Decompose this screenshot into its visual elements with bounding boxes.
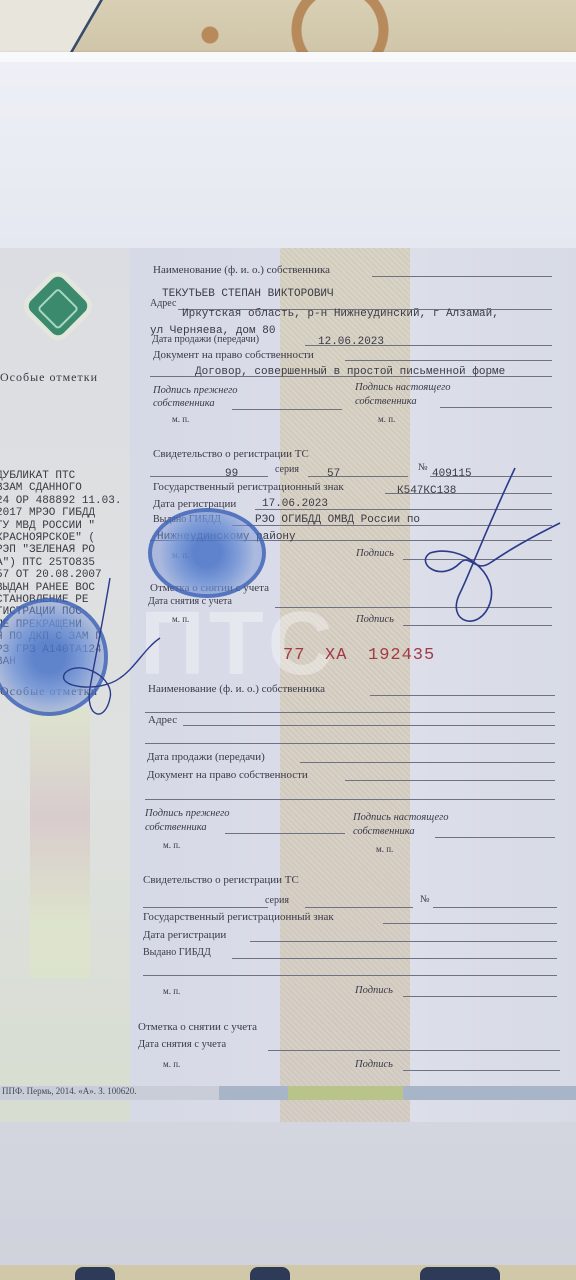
label-owner-name-2: Наименование (ф. и. о.) собственника (148, 683, 325, 695)
label-issued-by-2: Выдано ГИБДД (143, 947, 211, 958)
label-series-2: серия (265, 895, 289, 906)
label-cur-sig-1b: собственника (355, 396, 417, 407)
label-sale-date-1: Дата продажи (передачи) (152, 334, 259, 345)
label-dereg-date-2: Дата снятия с учета (138, 1039, 226, 1050)
protective-sheet-top (0, 52, 576, 252)
special-note-line: 2017 МРЭО ГИБДД (0, 507, 95, 519)
blank-series-letters: ХА (325, 646, 347, 665)
mp-2d: м. п. (163, 1059, 180, 1069)
label-series-1: серия (275, 464, 299, 475)
mp-2a: м. п. (163, 840, 180, 850)
address-1-line1: Иркутская область, р-н Нижнеудинский, г … (182, 308, 499, 320)
special-marks-header: Особые отметки (0, 370, 98, 385)
special-note-line: ВЗАМ СДАННОГО (0, 482, 82, 494)
background-carpet (0, 0, 576, 60)
label-ownership-doc-2: Документ на право собственности (147, 769, 308, 781)
special-note-line: РЭП "ЗЕЛЕНАЯ РО (0, 544, 95, 556)
label-prev-sig-1: Подпись прежнего (153, 385, 237, 396)
security-emblem-icon (25, 273, 90, 338)
ownership-doc-1: Договор, совершенный в простой письменно… (195, 366, 505, 378)
label-signature-2: Подпись (355, 985, 393, 996)
tape-strip (0, 52, 576, 62)
owner-name-1: ТЕКУТЬЕВ СТЕПАН ВИКТОРОВИЧ (162, 288, 334, 300)
pts-document: Особые отметки ДУБЛИКАТ ПТСВЗАМ СДАННОГО… (0, 248, 576, 1123)
label-ownership-doc-1: Документ на право собственности (153, 349, 314, 361)
mp-1d: м. п. (172, 614, 189, 624)
mp-2b: м. п. (376, 844, 393, 854)
label-sale-date-2: Дата продажи (передачи) (147, 751, 265, 763)
special-note-line: А") ПТС 25ТО835 (0, 557, 95, 569)
label-cur-sig-1: Подпись настоящего (355, 382, 450, 393)
label-reg-date-2: Дата регистрации (143, 929, 226, 941)
label-prev-sig-2: Подпись прежнего (145, 808, 229, 819)
label-prev-sig-1b: собственника (153, 398, 215, 409)
sale-date-1: 12.06.2023 (318, 336, 384, 348)
special-note-line: ГУ МВД РОССИИ " (0, 520, 95, 532)
label-prev-sig-2b: собственника (145, 822, 207, 833)
mp-1a: м. п. (172, 414, 189, 424)
reg-date-1: 17.06.2023 (262, 498, 328, 510)
label-plate-2: Государственный регистрационный знак (143, 911, 334, 923)
reg-cert-series-a: 99 (225, 468, 238, 480)
security-strip (30, 708, 90, 978)
label-signature-1b: Подпись (356, 614, 394, 625)
label-cur-sig-2: Подпись настоящего (353, 812, 448, 823)
mp-2c: м. п. (163, 986, 180, 996)
issued-by-1-line1: РЭО ОГИБДД ОМВД России по (255, 514, 420, 526)
label-number-2: № (420, 894, 430, 905)
label-signature-2b: Подпись (355, 1059, 393, 1070)
signature-left (60, 578, 170, 728)
signature-owner (420, 463, 570, 643)
label-reg-cert-2: Свидетельство о регистрации ТС (143, 874, 299, 886)
printer-imprint: ППФ. Пермь, 2014. «А». З. 100620. (2, 1086, 137, 1096)
label-owner-name-1: Наименование (ф. и. о.) собственника (153, 264, 330, 276)
special-note-line: КРАСНОЯРСКОЕ" ( (0, 532, 95, 544)
background-bottom (0, 1265, 576, 1280)
special-note-line: 24 ОР 488892 11.03. (0, 495, 121, 507)
special-note-line: ДУБЛИКАТ ПТС (0, 470, 75, 482)
label-cur-sig-2b: собственника (353, 826, 415, 837)
reg-cert-series-b: 57 (327, 468, 340, 480)
background-tile (0, 0, 103, 55)
label-signature-1: Подпись (356, 548, 394, 559)
blank-series-region: 77 (283, 646, 305, 665)
label-reg-cert-1: Свидетельство о регистрации ТС (153, 448, 309, 460)
mp-1b: м. п. (378, 414, 395, 424)
label-plate-1: Государственный регистрационный знак (153, 481, 344, 493)
label-dereg-mark-2: Отметка о снятии с учета (138, 1021, 257, 1033)
protective-sheet-bottom (0, 1122, 576, 1267)
label-address-1: Адрес (150, 298, 176, 309)
blank-number: 192435 (368, 646, 435, 665)
